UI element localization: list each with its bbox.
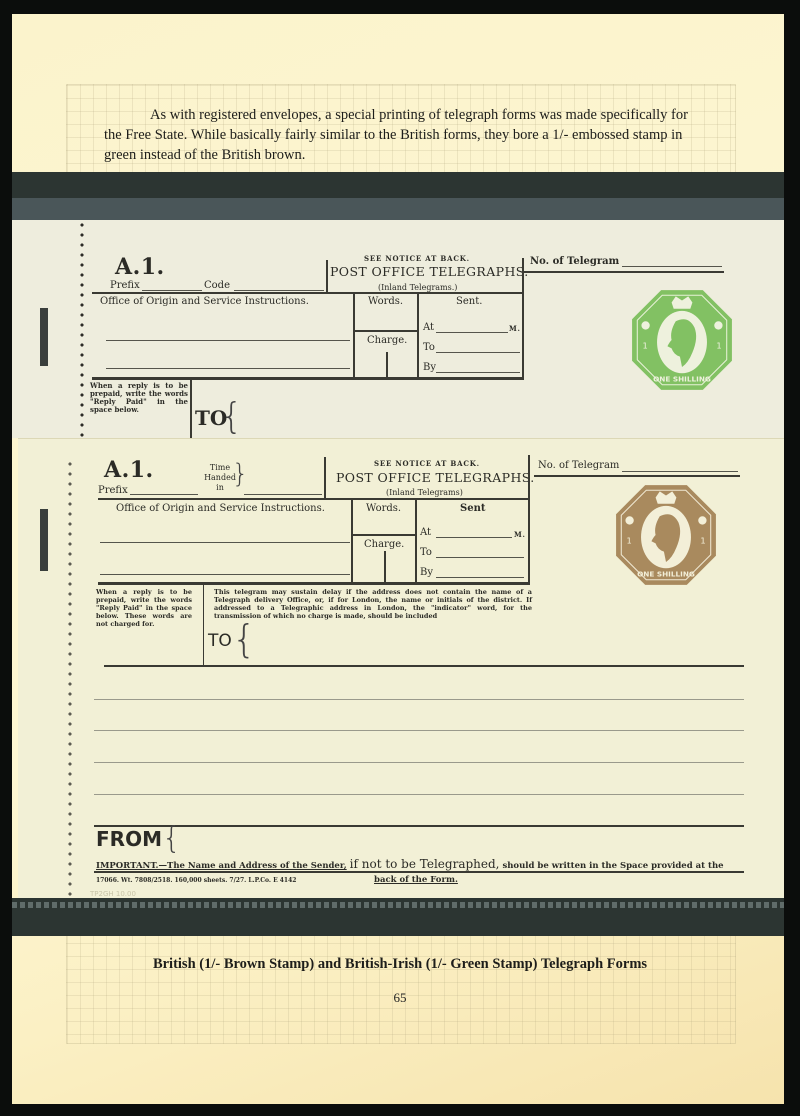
form-code: A.1. [115,254,165,280]
printer-imprint: 17066. Wt. 7808/2518. 160,000 sheets. 7/… [96,877,296,884]
svg-text:ONE SHILLING: ONE SHILLING [637,570,695,579]
embossed-stamp-green-icon: 1 1 ONE SHILLING [630,288,734,392]
telegraph-form-brown: A.1. Prefix Time Handed in } SEE NOTICE … [18,438,784,898]
important-notice: IMPORTANT.—The Name and Address of the S… [96,857,756,871]
no-of-telegram-label: No. of Telegram [538,460,619,471]
message-line [94,794,744,795]
form-subtitle: (Inland Telegrams) [386,488,463,497]
svg-text:1: 1 [700,535,705,545]
by-label: By [420,567,433,578]
by-label: By [423,362,436,373]
perforation-line [68,459,72,898]
from-label: FROM [96,827,162,851]
perforation-line [80,220,84,438]
no-of-telegram-label: No. of Telegram [530,256,619,267]
charge-label: Charge. [367,335,407,346]
svg-text:1: 1 [642,340,647,350]
pencil-annotation: TP2GH 10.00 [90,890,136,898]
message-line [94,730,744,731]
at-label: At [423,322,434,333]
binding-tab [40,509,48,571]
svg-text:ONE SHILLING: ONE SHILLING [653,375,711,384]
brace-icon: { [232,617,256,661]
binding-tab [40,308,48,366]
see-notice: SEE NOTICE AT BACK. [374,459,480,468]
to-field-label: To [423,342,435,353]
form-title: POST OFFICE TELEGRAPHS. [330,264,529,279]
prefix-label: Prefix [98,485,128,496]
brace-icon: { [162,821,181,856]
svg-text:1: 1 [626,535,631,545]
mount-strip-top [12,172,784,220]
words-label: Words. [366,503,401,514]
mount-strip-bottom [12,898,784,936]
see-notice: SEE NOTICE AT BACK. [364,254,470,263]
office-origin-label: Office of Origin and Service Instruction… [100,296,309,307]
words-label: Words. [368,296,403,307]
to-label: TO [208,631,232,651]
sent-label: Sent. [456,296,482,307]
svg-text:1: 1 [716,340,721,350]
form-code: A.1. [104,457,154,483]
form-title: POST OFFICE TELEGRAPHS. [336,470,535,485]
to-field-label: To [420,547,432,558]
brace-icon: } [232,459,249,489]
form-subtitle: (Inland Telegrams.) [378,283,457,292]
office-origin-label: Office of Origin and Service Instruction… [116,503,325,514]
at-label: At [420,527,431,538]
embossed-stamp-brown-icon: 1 1 ONE SHILLING [614,483,718,587]
message-line [94,762,744,763]
figure-caption: British (1/- Brown Stamp) and British-Ir… [0,956,800,973]
prefix-label: Prefix [110,280,140,291]
reply-paid-note: When a reply is to be prepaid, write the… [90,382,188,414]
code-label: Code [204,280,230,291]
message-line [94,699,744,700]
sent-label: Sent [460,503,485,514]
page-number: 65 [0,990,800,1006]
telegraph-form-green: A.1. Prefix Code SEE NOTICE AT BACK. POS… [12,220,784,438]
charge-label: Charge. [364,539,404,550]
intro-paragraph: As with registered envelopes, a special … [104,105,694,165]
reply-paid-note: When a reply is to be prepaid, write the… [96,588,192,628]
delay-note: This telegram may sustain delay if the a… [214,588,532,620]
important-notice-end: back of the Form. [374,875,458,885]
brace-icon: { [220,396,243,437]
